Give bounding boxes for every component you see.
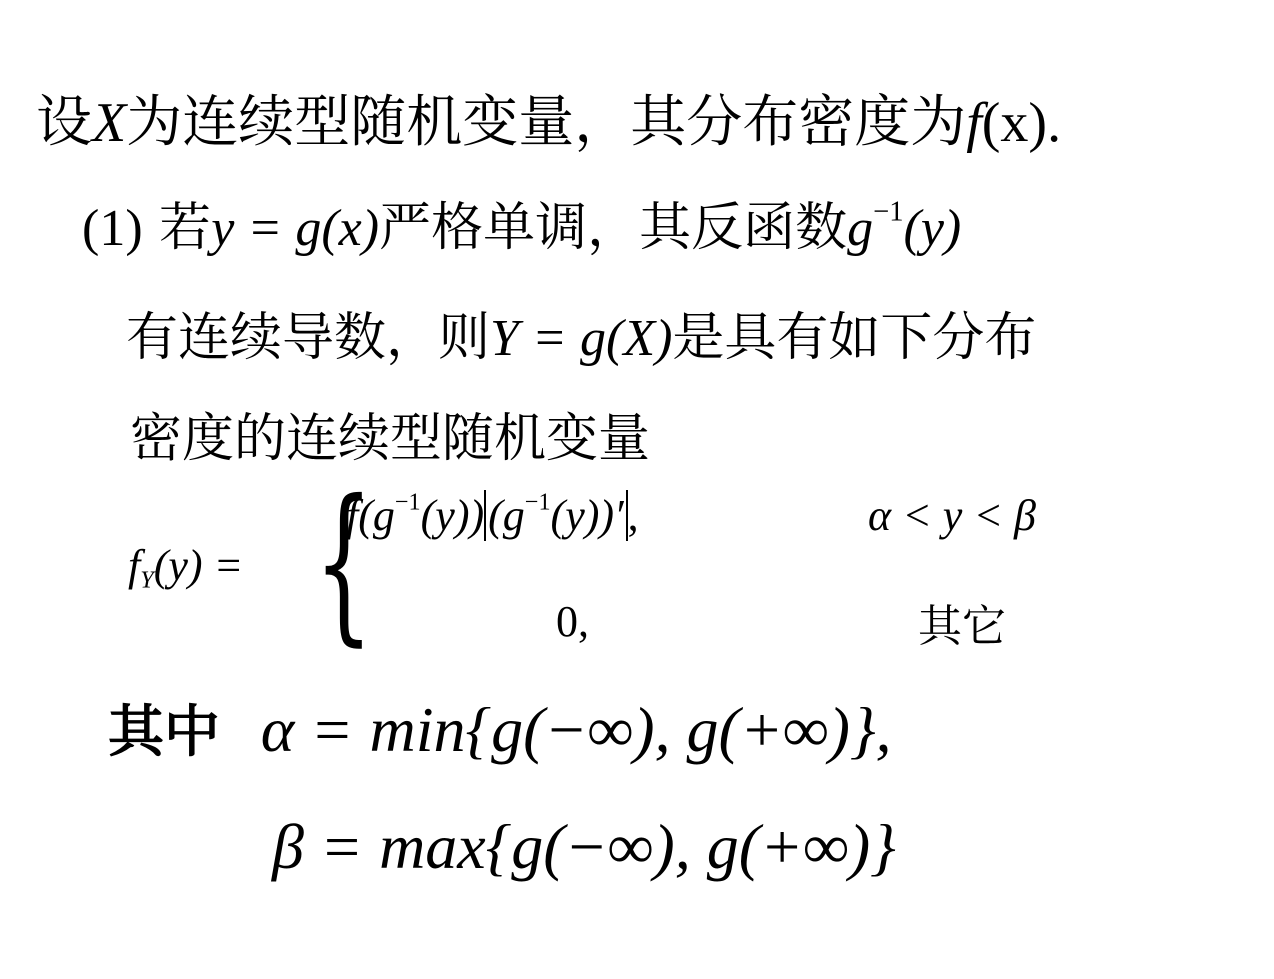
formula-case-2: 0, [556, 596, 589, 647]
condition-line-2: 有连续导数，则Y = g(X)是具有如下分布 [126, 295, 1036, 370]
condition-line-1: (1) 若y = g(x)严格单调，其反函数g−1(y) [82, 185, 961, 260]
condition-line-3: 密度的连续型随机变量 [130, 396, 650, 471]
alpha-definition: 其中 α = min{g(−∞), g(+∞)}, [108, 688, 892, 768]
intro-line: 设X为连续型随机变量，其分布密度为f(x). [36, 78, 1061, 158]
formula-condition-2: 其它 [918, 590, 1006, 654]
beta-definition: β = max{g(−∞), g(+∞)} [272, 810, 896, 884]
formula-condition-1: α < y < β [868, 490, 1036, 541]
absolute-value: (g−1(y))′ [484, 490, 628, 541]
formula-case-1: f(g−1(y))(g−1(y))′, [346, 490, 639, 541]
formula-lhs: fY(y) = [128, 540, 243, 591]
density-formula: fY(y) = { f(g−1(y))(g−1(y))′, α < y < β … [128, 478, 1108, 658]
